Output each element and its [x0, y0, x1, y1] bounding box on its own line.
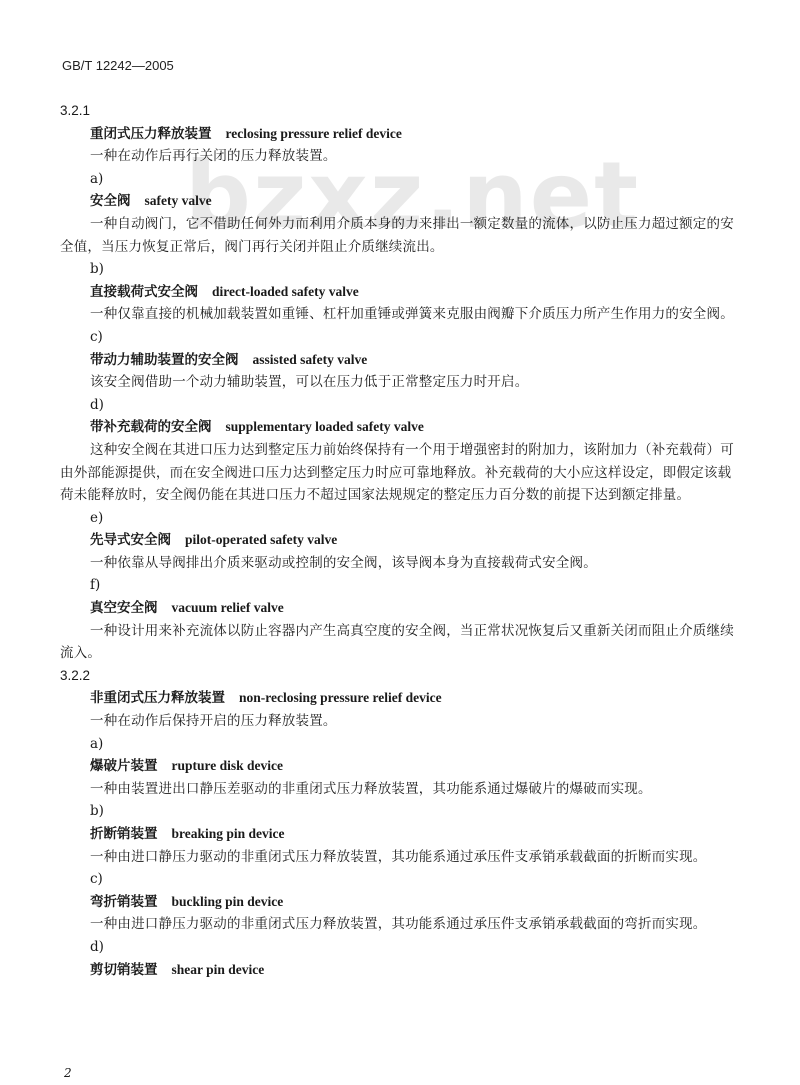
term-en: vacuum relief valve — [172, 600, 284, 615]
document-body: 3.2.1 重闭式压力释放装置reclosing pressure relief… — [60, 100, 740, 981]
item-label: d) — [60, 936, 740, 959]
definition: 一种由进口静压力驱动的非重闭式压力释放装置，其功能系通过承压件支承销承载截面的折… — [60, 846, 740, 869]
term-heading: 剪切销装置shear pin device — [60, 959, 740, 982]
term-zh: 直接载荷式安全阀 — [90, 284, 198, 300]
term-heading: 真空安全阀vacuum relief valve — [60, 597, 740, 620]
term-zh: 真空安全阀 — [90, 600, 158, 616]
term-zh: 弯折销装置 — [90, 894, 158, 910]
term-en: breaking pin device — [172, 826, 285, 841]
term-en: non-reclosing pressure relief device — [239, 690, 442, 705]
term-heading: 带动力辅助装置的安全阀assisted safety valve — [60, 349, 740, 372]
term-en: direct-loaded safety valve — [212, 284, 359, 299]
item-label: a) — [60, 733, 740, 756]
term-zh: 爆破片装置 — [90, 758, 158, 774]
term-en: reclosing pressure relief device — [226, 126, 402, 141]
definition: 一种依靠从导阀排出介质来驱动或控制的安全阀，该导阀本身为直接载荷式安全阀。 — [60, 552, 740, 575]
document-page: GB/T 12242—2005 3.2.1 重闭式压力释放装置reclosing… — [0, 0, 800, 1085]
term-heading: 非重闭式压力释放装置non-reclosing pressure relief … — [60, 687, 740, 710]
term-heading: 直接载荷式安全阀direct-loaded safety valve — [60, 281, 740, 304]
item-label: c) — [60, 868, 740, 891]
term-zh: 安全阀 — [90, 193, 131, 209]
definition: 一种由进口静压力驱动的非重闭式压力释放装置，其功能系通过承压件支承销承载截面的弯… — [60, 913, 740, 936]
term-zh: 折断销装置 — [90, 826, 158, 842]
term-en: assisted safety valve — [253, 352, 368, 367]
term-en: shear pin device — [172, 962, 265, 977]
standard-number: GB/T 12242—2005 — [62, 58, 174, 73]
item-label: c) — [60, 326, 740, 349]
definition: 一种在动作后再行关闭的压力释放装置。 — [60, 145, 740, 168]
term-heading: 重闭式压力释放装置reclosing pressure relief devic… — [60, 123, 740, 146]
term-en: supplementary loaded safety valve — [226, 419, 424, 434]
item-label: f) — [60, 574, 740, 597]
definition: 一种由装置进出口静压差驱动的非重闭式压力释放装置，其功能系通过爆破片的爆破而实现… — [60, 778, 740, 801]
item-label: e) — [60, 507, 740, 530]
clause-number: 3.2.2 — [60, 665, 740, 688]
clause-number: 3.2.1 — [60, 100, 740, 123]
term-heading: 先导式安全阀pilot-operated safety valve — [60, 529, 740, 552]
definition: 该安全阀借助一个动力辅助装置，可以在压力低于正常整定压力时开启。 — [60, 371, 740, 394]
term-zh: 重闭式压力释放装置 — [90, 126, 212, 142]
term-en: rupture disk device — [172, 758, 284, 773]
definition: 一种在动作后保持开启的压力释放装置。 — [60, 710, 740, 733]
definition: 一种设计用来补充流体以防止容器内产生高真空度的安全阀，当正常状况恢复后又重新关闭… — [60, 620, 740, 665]
term-zh: 带补充载荷的安全阀 — [90, 419, 212, 435]
term-en: safety valve — [145, 193, 212, 208]
page-number: 2 — [64, 1066, 72, 1080]
term-zh: 带动力辅助装置的安全阀 — [90, 352, 239, 368]
term-en: buckling pin device — [172, 894, 284, 909]
term-en: pilot-operated safety valve — [185, 532, 337, 547]
term-heading: 折断销装置breaking pin device — [60, 823, 740, 846]
term-heading: 弯折销装置buckling pin device — [60, 891, 740, 914]
term-zh: 剪切销装置 — [90, 962, 158, 978]
definition: 一种自动阀门，它不借助任何外力而利用介质本身的力来排出一额定数量的流体，以防止压… — [60, 213, 740, 258]
term-heading: 爆破片装置rupture disk device — [60, 755, 740, 778]
term-zh: 非重闭式压力释放装置 — [90, 690, 225, 706]
term-zh: 先导式安全阀 — [90, 532, 171, 548]
item-label: b) — [60, 800, 740, 823]
item-label: a) — [60, 168, 740, 191]
term-heading: 带补充载荷的安全阀supplementary loaded safety val… — [60, 416, 740, 439]
item-label: d) — [60, 394, 740, 417]
item-label: b) — [60, 258, 740, 281]
term-heading: 安全阀safety valve — [60, 190, 740, 213]
definition: 一种仅靠直接的机械加载装置如重锤、杠杆加重锤或弹簧来克服由阀瓣下介质压力所产生作… — [60, 303, 740, 326]
definition: 这种安全阀在其进口压力达到整定压力前始终保持有一个用于增强密封的附加力，该附加力… — [60, 439, 740, 507]
